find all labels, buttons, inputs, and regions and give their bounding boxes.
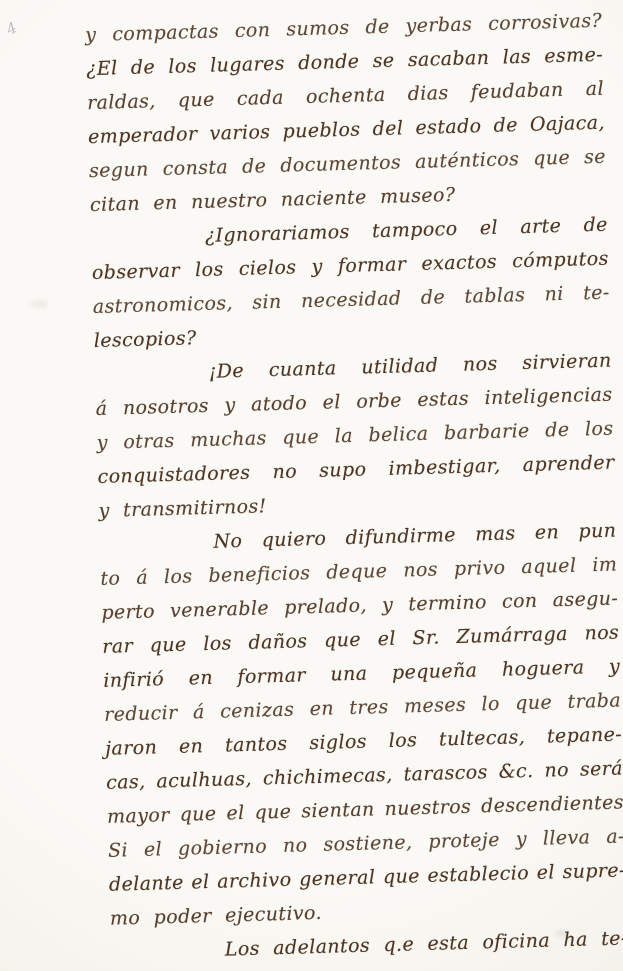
handwritten-text-block: y compactas con sumos de yerbas corrosiv… (0, 3, 623, 971)
manuscript-page: 4 y compactas con sumos de yerbas corros… (0, 0, 623, 971)
